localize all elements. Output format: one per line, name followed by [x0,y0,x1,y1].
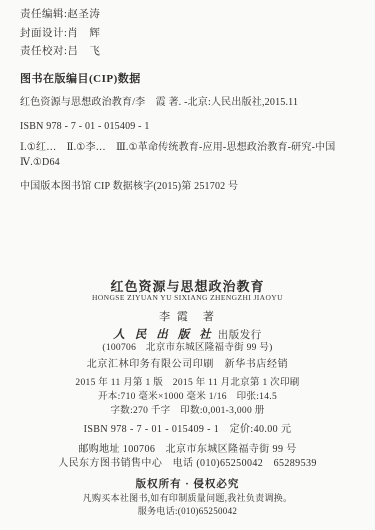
word-count-info: 字数:270 千字 印数:0,001-3,000 册 [0,402,375,416]
sales-center-phone: 人民东方图书销售中心 电话 (010)65250042 65289539 [0,454,375,469]
credit-cover-designer: 封面设计:肖 辉 [20,25,359,44]
credit-proofreader: 责任校对:吕 飞 [20,43,359,62]
printer-distributor: 北京汇林印务有限公司印刷 新华书店经销 [0,355,375,370]
cip-record-number: 中国版本图书馆 CIP 数据核字(2015)第 251702 号 [20,177,359,192]
copyright-page: 责任编辑:赵圣涛 封面设计:肖 辉 责任校对:吕 飞 图书在版编目(CIP)数据… [0,0,375,530]
quality-exchange-notice: 凡购买本社图书,如有印制质量问题,我社负责调换。 [0,491,375,504]
cip-classification: Ⅰ.①红… Ⅱ.①李… Ⅲ.①革命传统教育-应用-思想政治教育-研究-中国 Ⅳ.… [20,140,359,170]
book-author: 李 霞 著 [0,308,375,324]
publisher-address: (100706 北京市东城区隆福寺街 99 号) [0,339,375,353]
format-info: 开本:710 毫米×1000 毫米 1/16 印张:14.5 [0,388,375,402]
cip-isbn: ISBN 978 - 7 - 01 - 015409 - 1 [20,119,359,134]
book-title-pinyin: HONGSE ZIYUAN YU SIXIANG ZHENGZHI JIAOYU [0,293,375,302]
top-block: 责任编辑:赵圣涛 封面设计:肖 辉 责任校对:吕 飞 图书在版编目(CIP)数据… [20,6,359,192]
edition-info: 2015 年 11 月第 1 版 2015 年 11 月北京第 1 次印刷 [0,374,375,388]
service-phone: 服务电话:(010)65250042 [0,504,375,517]
cip-description: 红色资源与思想政治教育/李 霞 著. -北京:人民出版社,2015.11 [20,95,359,110]
copyright-notice: 版权所有 · 侵权必究 [0,476,375,491]
isbn-price: ISBN 978 - 7 - 01 - 015409 - 1 定价:40.00 … [0,420,375,435]
mail-order-address: 邮购地址 100706 北京市东城区隆福寺街 99 号 [0,440,375,455]
cip-heading: 图书在版编目(CIP)数据 [20,70,359,86]
credit-editor: 责任编辑:赵圣涛 [20,6,359,25]
